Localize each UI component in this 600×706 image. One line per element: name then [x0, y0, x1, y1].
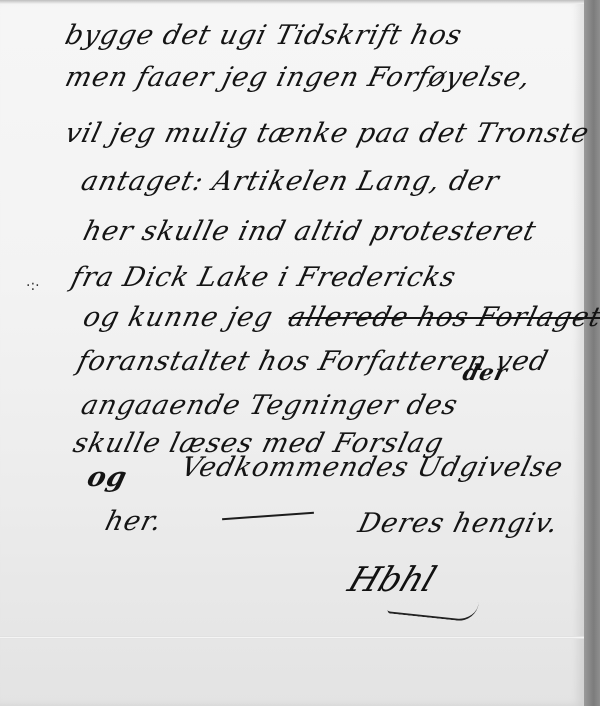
- insertion-above-line: der: [460, 360, 510, 386]
- letter-line-4: antaget: Artikelen Lang, der: [78, 166, 503, 197]
- letter-line-12: her.: [102, 506, 166, 537]
- letter-line-7: og kunne jeg: [80, 302, 277, 333]
- letter-line-3: vil jeg mulig tænke paa det Tronste: [62, 118, 593, 149]
- paper-fold-line: [0, 636, 584, 639]
- letter-line-11: Vedkommendes Udgivelse: [178, 452, 567, 483]
- closing-phrase: Deres hengiv.: [355, 508, 562, 539]
- letter-line-6: fra Dick Lake i Fredericks: [68, 262, 460, 293]
- margin-insert: og: [84, 462, 131, 493]
- margin-dots: ·:·: [26, 278, 40, 294]
- struck-out-text: allerede hos Forlaget: [285, 302, 600, 333]
- paper-top-edge: [0, 0, 584, 4]
- letter-line-9: angaaende Tegninger des: [78, 390, 461, 421]
- page-right-edge-shadow: [584, 0, 600, 706]
- letter-line-5: her skulle ind altid protesteret: [80, 216, 540, 247]
- letter-line-1: bygge det ugi Tidskrift hos: [62, 20, 466, 51]
- letter-line-2: men faaer jeg ingen Forføyelse,: [62, 62, 534, 93]
